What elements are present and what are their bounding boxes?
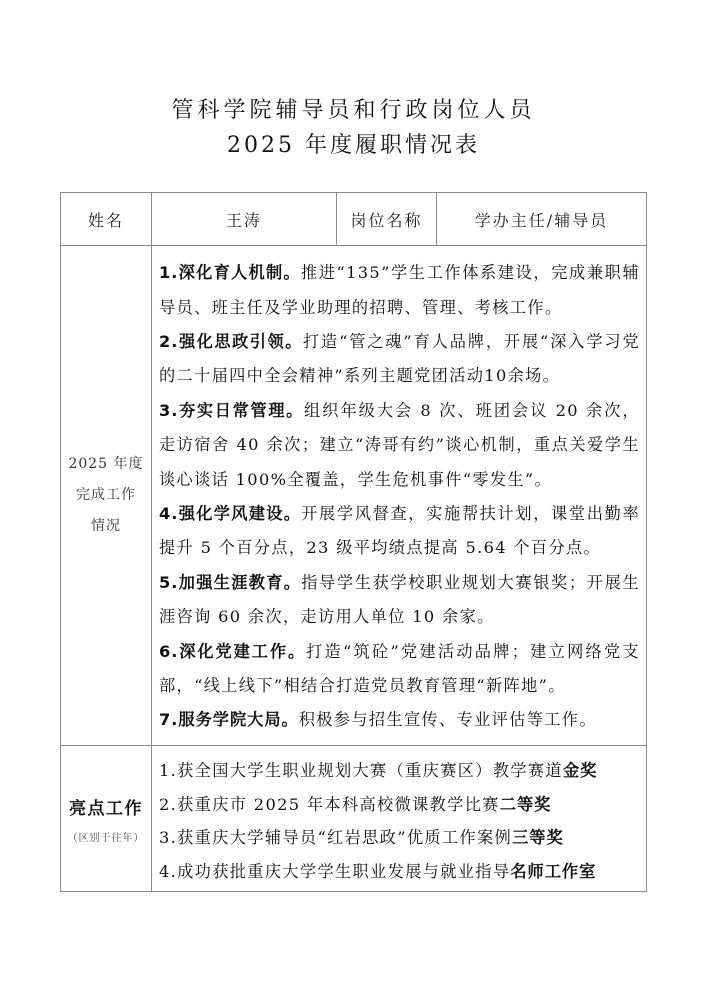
work-item: 6.深化党建工作。打造“筑砼”党建活动品牌；建立网络党支部，“线上线下”相结合打… [159, 635, 640, 704]
work-item: 4.强化学风建设。开展学风督查，实施帮扶计划，课堂出勤率提升 5 个百分点，23… [159, 497, 640, 566]
highlight-item: 2.获重庆市 2025 年本科高校微课教学比赛二等奖 [159, 788, 642, 822]
work-row: 2025 年度 完成工作 情况 1.深化育人机制。推进“135”学生工作体系建设… [61, 246, 647, 746]
highlight-item-text: 2.获重庆市 2025 年本科高校微课教学比赛 [159, 795, 500, 814]
name-label: 姓名 [61, 193, 152, 246]
work-item-heading: 2.强化思政引领。 [159, 332, 303, 351]
work-item-text: 积极参与招生宣传、专业评估等工作。 [299, 710, 597, 729]
highlight-item-award: 名师工作室 [510, 862, 596, 881]
work-item: 7.服务学院大局。积极参与招生宣传、专业评估等工作。 [159, 703, 640, 737]
highlight-item: 1.获全国大学生职业规划大赛（重庆赛区）教学赛道金奖 [159, 754, 642, 788]
highlight-item-award: 三等奖 [512, 828, 564, 847]
highlight-item: 3.获重庆大学辅导员“红岩思政”优质工作案例三等奖 [159, 821, 642, 855]
highlight-content: 1.获全国大学生职业规划大赛（重庆赛区）教学赛道金奖 2.获重庆市 2025 年… [152, 746, 647, 892]
work-item-heading: 3.夯实日常管理。 [159, 401, 304, 420]
position-label: 岗位名称 [337, 193, 437, 246]
work-item-heading: 4.强化学风建设。 [159, 504, 301, 523]
highlight-row: 亮点工作 （区别于往年） 1.获全国大学生职业规划大赛（重庆赛区）教学赛道金奖 … [61, 746, 647, 892]
highlight-item-text: 4.成功获批重庆大学学生职业发展与就业指导 [159, 862, 510, 881]
highlight-label-main: 亮点工作 [61, 794, 151, 819]
document-title-line2: 2025 年度履职情况表 [0, 128, 707, 159]
highlight-item: 4.成功获批重庆大学学生职业发展与就业指导名师工作室 [159, 855, 642, 889]
document-title-line1: 管科学院辅导员和行政岗位人员 [0, 93, 707, 124]
highlight-label-sub: （区别于往年） [61, 829, 151, 844]
name-value: 王涛 [152, 193, 337, 246]
work-item: 2.强化思政引领。打造“管之魂”育人品牌，开展“深入学习党的二十届四中全会精神”… [159, 325, 640, 394]
work-item: 3.夯实日常管理。组织年级大会 8 次、班团会议 20 余次，走访宿舍 40 余… [159, 394, 640, 497]
highlight-item-text: 3.获重庆大学辅导员“红岩思政”优质工作案例 [159, 828, 512, 847]
highlight-item-text: 1.获全国大学生职业规划大赛（重庆赛区）教学赛道 [159, 761, 563, 780]
work-label-line: 2025 年度 [61, 449, 151, 480]
work-item: 5.加强生涯教育。指导学生获学校职业规划大赛银奖；开展生涯咨询 60 余次，走访… [159, 566, 640, 635]
highlight-section-label: 亮点工作 （区别于往年） [61, 746, 152, 892]
header-row: 姓名 王涛 岗位名称 学办主任/辅导员 [61, 193, 647, 246]
work-label-line: 完成工作 [61, 480, 151, 511]
work-item-heading: 1.深化育人机制。 [159, 263, 301, 282]
highlight-item-award: 金奖 [563, 761, 597, 780]
work-section-label: 2025 年度 完成工作 情况 [61, 246, 152, 746]
performance-table: 姓名 王涛 岗位名称 学办主任/辅导员 2025 年度 完成工作 情况 1.深化… [60, 192, 647, 892]
work-item-heading: 7.服务学院大局。 [159, 710, 299, 729]
work-content: 1.深化育人机制。推进“135”学生工作体系建设，完成兼职辅导员、班主任及学业助… [152, 246, 647, 746]
work-item-heading: 5.加强生涯教育。 [159, 573, 301, 592]
work-label-line: 情况 [61, 511, 151, 542]
highlight-item-award: 二等奖 [500, 795, 552, 814]
work-item-heading: 6.深化党建工作。 [159, 642, 306, 661]
position-value: 学办主任/辅导员 [437, 193, 647, 246]
work-item: 1.深化育人机制。推进“135”学生工作体系建设，完成兼职辅导员、班主任及学业助… [159, 256, 640, 325]
